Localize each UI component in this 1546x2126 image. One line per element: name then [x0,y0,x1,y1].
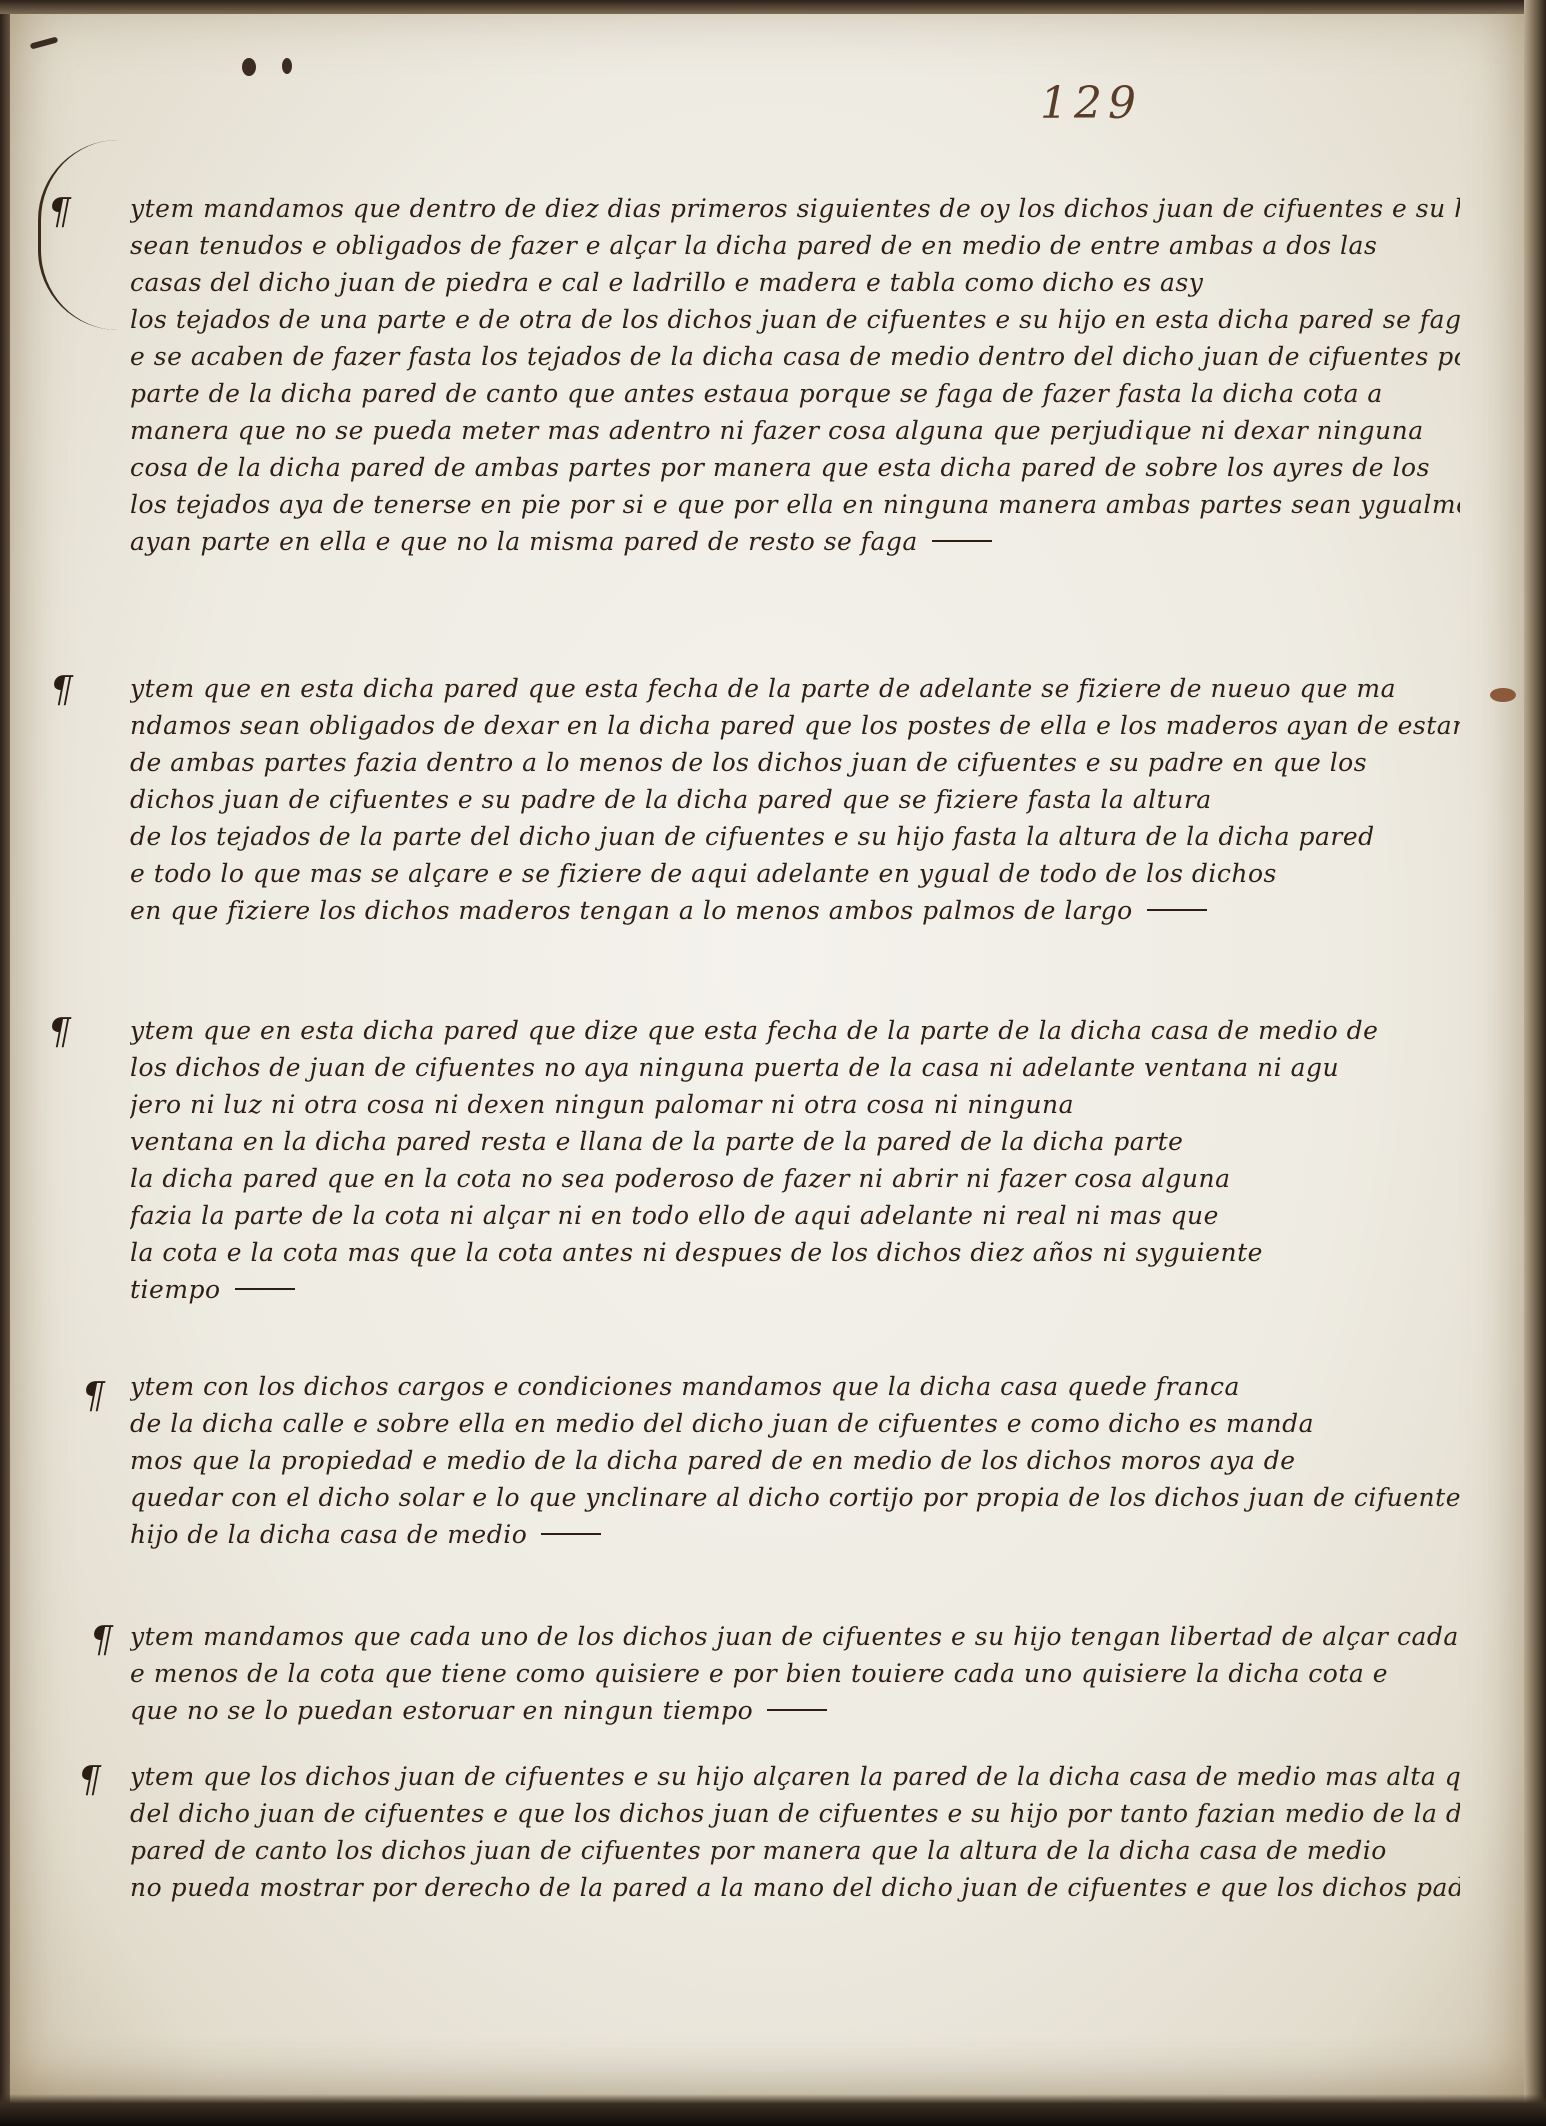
text-line: la dicha pared que en la cota no sea pod… [130,1160,1460,1197]
ink-blot [242,58,256,76]
text-line: en que fiziere los dichos maderos tengan… [130,892,1460,929]
text-line: sean tenudos e obligados de fazer e alça… [130,227,1460,264]
folio-number: 129 [1040,78,1142,129]
text-line: del dicho juan de cifuentes e que los di… [130,1795,1460,1832]
text-line: que no se lo puedan estoruar en ningun t… [130,1692,1460,1729]
text-line: ytem que en esta dicha pared que dize qu… [130,1012,1460,1049]
text-line: ayan parte en ella e que no la misma par… [130,523,1460,560]
paraph-flourish [541,1533,601,1535]
text-line-content: hijo de la dicha casa de medio [130,1520,527,1549]
text-line: dichos juan de cifuentes e su padre de l… [130,781,1460,818]
text-line-content: en que fiziere los dichos maderos tengan… [130,896,1133,925]
paragraph-marker: ¶ [82,1376,105,1417]
ink-stain [1490,688,1516,702]
ink-blot [282,58,292,74]
text-line: jero ni luz ni otra cosa ni dexen ningun… [130,1086,1460,1123]
paraph-flourish [235,1288,295,1290]
text-line: no pueda mostrar por derecho de la pared… [130,1869,1460,1906]
page-top-edge [0,0,1546,14]
text-line: hijo de la dicha casa de medio [130,1516,1460,1553]
paragraph-marker: ¶ [90,1620,113,1661]
paragraph-marker: ¶ [48,192,71,233]
text-line: parte de la dicha pared de canto que ant… [130,375,1460,412]
text-line: tiempo [130,1271,1460,1308]
paraph-flourish [932,540,992,542]
text-line: ytem con los dichos cargos e condiciones… [130,1368,1460,1405]
text-line: los tejados aya de tenerse en pie por si… [130,486,1460,523]
paragraph-3: ytem que en esta dicha pared que dize qu… [130,1012,1460,1308]
text-line: la cota e la cota mas que la cota antes … [130,1234,1460,1271]
paraph-flourish [767,1709,827,1711]
page-right-edge [1524,0,1546,2126]
text-line: ytem que los dichos juan de cifuentes e … [130,1758,1460,1795]
text-line: pared de canto los dichos juan de cifuen… [130,1832,1460,1869]
text-line: ytem mandamos que cada uno de los dichos… [130,1618,1460,1655]
text-line: ventana en la dicha pared resta e llana … [130,1123,1460,1160]
text-line: cosa de la dicha pared de ambas partes p… [130,449,1460,486]
paragraph-marker: ¶ [78,1760,101,1801]
text-line-content: tiempo [130,1275,221,1304]
text-line: ndamos sean obligados de dexar en la dic… [130,707,1460,744]
text-line: ytem mandamos que dentro de diez dias pr… [130,190,1460,227]
text-line: fazia la parte de la cota ni alçar ni en… [130,1197,1460,1234]
text-line: manera que no se pueda meter mas adentro… [130,412,1460,449]
paragraph-1: ytem mandamos que dentro de diez dias pr… [130,190,1460,560]
text-line: de la dicha calle e sobre ella en medio … [130,1405,1460,1442]
paragraph-2: ytem que en esta dicha pared que esta fe… [130,670,1460,929]
text-line: e se acaben de fazer fasta los tejados d… [130,338,1460,375]
text-line: de los tejados de la parte del dicho jua… [130,818,1460,855]
paragraph-marker: ¶ [50,670,73,711]
paragraph-5: ytem mandamos que cada uno de los dichos… [130,1618,1460,1729]
text-line: ytem que en esta dicha pared que esta fe… [130,670,1460,707]
text-line: los dichos de juan de cifuentes no aya n… [130,1049,1460,1086]
text-line: los tejados de una parte e de otra de lo… [130,301,1460,338]
text-line: mos que la propiedad e medio de la dicha… [130,1442,1460,1479]
text-line: de ambas partes fazia dentro a lo menos … [130,744,1460,781]
text-line: casas del dicho juan de piedra e cal e l… [130,264,1460,301]
page-bottom-edge [0,2094,1546,2126]
text-line: quedar con el dicho solar e lo que yncli… [130,1479,1460,1516]
paraph-flourish [1147,909,1207,911]
paragraph-marker: ¶ [48,1012,71,1053]
paragraph-6: ytem que los dichos juan de cifuentes e … [130,1758,1460,1906]
text-line: e menos de la cota que tiene como quisie… [130,1655,1460,1692]
text-line-content: ayan parte en ella e que no la misma par… [130,527,918,556]
text-line-content: que no se lo puedan estoruar en ningun t… [130,1696,753,1725]
paragraph-4: ytem con los dichos cargos e condiciones… [130,1368,1460,1553]
text-line: e todo lo que mas se alçare e se fiziere… [130,855,1460,892]
